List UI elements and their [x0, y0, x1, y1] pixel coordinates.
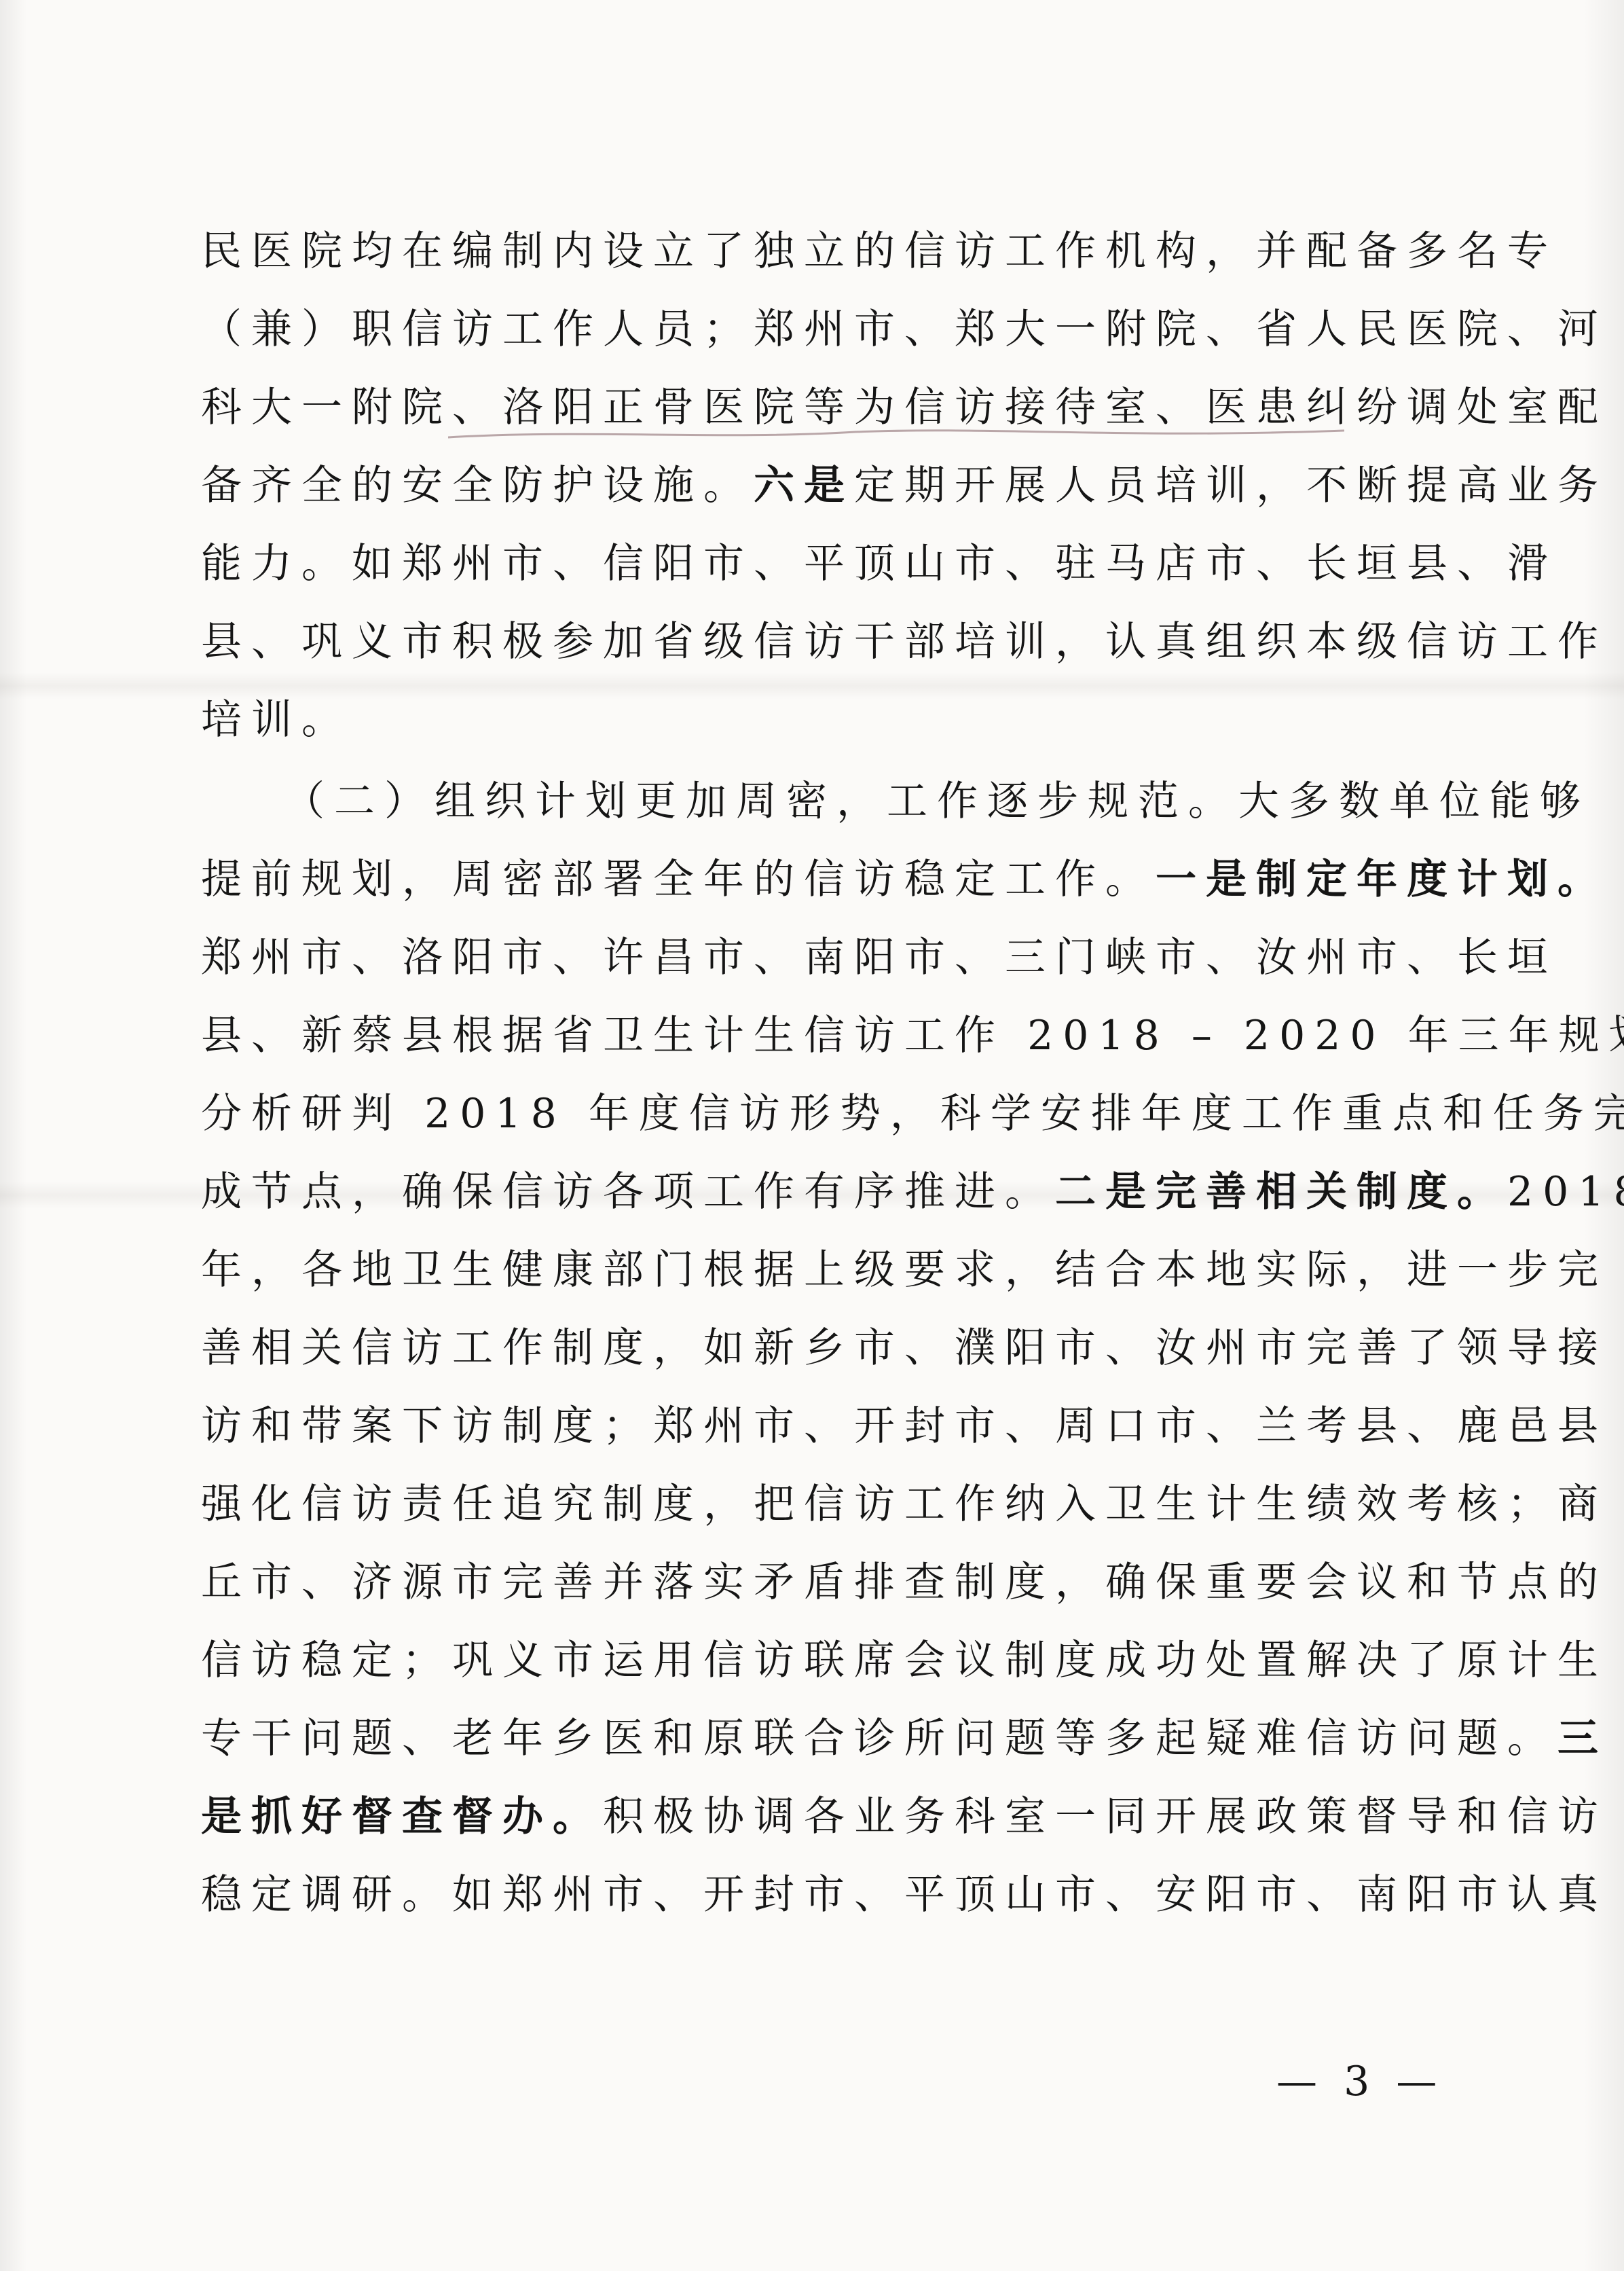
- page-number: — 3 —: [1276, 2058, 1443, 2105]
- text-line: 是抓好督查督办。积极协调各业务科室一同开展政策督导和信访: [201, 1789, 1423, 1844]
- text-line: 县、巩义市积极参加省级信访干部培训，认真组织本级信访工作: [201, 615, 1423, 669]
- text-line: 访和带案下访制度；郑州市、开封市、周口市、兰考县、鹿邑县: [201, 1399, 1423, 1453]
- text-line: 信访稳定；巩义市运用信访联席会议制度成功处置解决了原计生: [201, 1633, 1423, 1688]
- text-line: 民医院均在编制内设立了独立的信访工作机构，并配备多名专: [201, 224, 1423, 278]
- text-line: （兼）职信访工作人员；郑州市、郑大一附院、省人民医院、河: [201, 302, 1423, 357]
- handwritten-underline: [448, 426, 1344, 441]
- text-line: 能力。如郑州市、信阳市、平顶山市、驻马店市、长垣县、滑: [201, 537, 1423, 591]
- document-page: 民医院均在编制内设立了独立的信访工作机构，并配备多名专 （兼）职信访工作人员；郑…: [0, 0, 1624, 2271]
- text-line: 专干问题、老年乡医和原联合诊所问题等多起疑难信访问题。三: [201, 1711, 1423, 1766]
- text-line: 培训。: [201, 693, 1423, 747]
- bold-phrase: 一是制定年度计划。: [1156, 856, 1608, 903]
- bold-phrase: 三: [1557, 1715, 1608, 1762]
- text-line: 备齐全的安全防护设施。六是定期开展人员培训，不断提高业务: [201, 458, 1423, 513]
- text-line: 县、新蔡县根据省卫生计生信访工作 2018 – 2020 年三年规划，: [201, 1009, 1423, 1063]
- text-line: 分析研判 2018 年度信访形势，科学安排年度工作重点和任务完: [201, 1087, 1423, 1141]
- text-line: 强化信访责任追究制度，把信访工作纳入卫生计生绩效考核；商: [201, 1477, 1423, 1531]
- bold-phrase: 二是完善相关制度。: [1055, 1168, 1507, 1216]
- bold-phrase: 是抓好督查督办。: [201, 1793, 603, 1840]
- text-line: 郑州市、洛阳市、许昌市、南阳市、三门峡市、汝州市、长垣: [201, 930, 1423, 985]
- text-line: 稳定调研。如郑州市、开封市、平顶山市、安阳市、南阳市认真: [201, 1868, 1423, 1922]
- text-line: 丘市、济源市完善并落实矛盾排查制度，确保重要会议和节点的: [201, 1555, 1423, 1610]
- text-line: 成节点，确保信访各项工作有序推进。二是完善相关制度。2018: [201, 1165, 1423, 1219]
- bold-phrase: 六是: [754, 462, 854, 509]
- section-heading-line: （二）组织计划更加周密，工作逐步规范。大多数单位能够: [284, 774, 1506, 829]
- text-line: 提前规划，周密部署全年的信访稳定工作。一是制定年度计划。: [201, 852, 1423, 907]
- text-line: 年，各地卫生健康部门根据上级要求，结合本地实际，进一步完: [201, 1243, 1423, 1297]
- text-line: 善相关信访工作制度，如新乡市、濮阳市、汝州市完善了领导接: [201, 1321, 1423, 1375]
